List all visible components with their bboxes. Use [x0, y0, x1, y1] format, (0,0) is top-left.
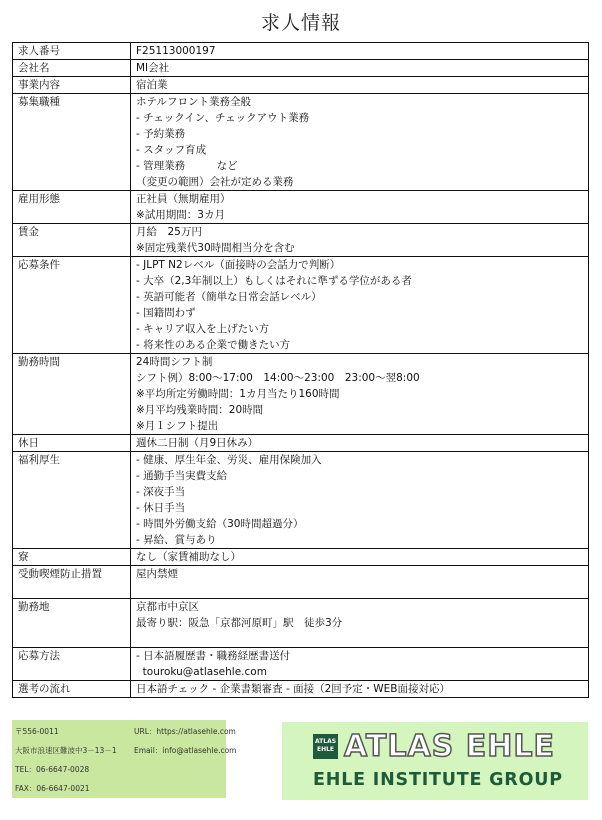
value-line: touroku@atlasehle.com — [136, 664, 583, 680]
table-row: 求人番号F25113000197 — [13, 43, 589, 60]
value-line: - 日本語履歴書・職務経歴書送付 — [136, 648, 583, 664]
value-line: - スタッフ育成 — [136, 142, 583, 158]
row-label: 求人番号 — [13, 43, 131, 60]
value-line: 正社員（無期雇用） — [136, 191, 583, 207]
atlas-ehle-logo: ATLAS EHLE ATLAS EHLE EHLE INSTITUTE GRO… — [282, 722, 588, 800]
value-line: 24時間シフト制 — [136, 354, 583, 370]
row-value: F25113000197 — [131, 43, 589, 60]
row-label: 福利厚生 — [13, 452, 131, 549]
row-label: 勤務地 — [13, 599, 131, 648]
value-line: 宿泊業 — [136, 77, 583, 93]
table-row: 福利厚生- 健康、厚生年金、労災、雇用保険加入- 通勤手当実費支給- 深夜手当-… — [13, 452, 589, 549]
row-label: 会社名 — [13, 60, 131, 77]
table-row: 休日週休二日制（月9日休み） — [13, 435, 589, 452]
value-line: - キャリア収入を上げたい方 — [136, 321, 583, 337]
table-row: 事業内容宿泊業 — [13, 77, 589, 94]
value-line — [136, 631, 583, 647]
row-label: 募集職種 — [13, 94, 131, 191]
row-value: - 健康、厚生年金、労災、雇用保険加入- 通勤手当実費支給- 深夜手当- 休日手… — [131, 452, 589, 549]
value-line: - JLPT N2レベル（面接時の会話力で判断） — [136, 257, 583, 273]
value-line: - 昇給、賞与あり — [136, 532, 583, 548]
logo-mark-icon: ATLAS EHLE — [313, 734, 338, 759]
value-line: （変更の範囲）会社が定める業務 — [136, 174, 583, 190]
value-line: シフト例）8:00～17:00 14:00～23:00 23:00～翌8:00 — [136, 370, 583, 386]
table-row: 選考の流れ日本語チェック - 企業書類審査 - 面接（2回予定・WEB面接対応） — [13, 681, 589, 698]
value-line: 京都市中京区 — [136, 599, 583, 615]
value-line: - 時間外労働支給（30時間超過分） — [136, 516, 583, 532]
logo-group-name: EHLE INSTITUTE GROUP — [313, 768, 563, 792]
table-row: 勤務時間24時間シフト制シフト例）8:00～17:00 14:00～23:00 … — [13, 354, 589, 435]
url-link[interactable]: URL：https://atlasehle.com — [134, 726, 236, 745]
table-row: 受動喫煙防止措置屋内禁煙 — [13, 566, 589, 599]
row-label: 受動喫煙防止措置 — [13, 566, 131, 599]
value-line — [136, 582, 583, 598]
table-row: 寮なし（家賃補助なし） — [13, 549, 589, 566]
value-line: - 深夜手当 — [136, 484, 583, 500]
value-line: ※月平均残業時間：20時間 — [136, 402, 583, 418]
value-line: - 通勤手当実費支給 — [136, 468, 583, 484]
value-line: 屋内禁煙 — [136, 566, 583, 582]
row-value: - 日本語履歴書・職務経歴書送付 touroku@atlasehle.com — [131, 648, 589, 681]
value-line: - 将来性のある企業で働きたい方 — [136, 337, 583, 353]
row-label: 応募条件 — [13, 257, 131, 354]
logo-mark-line2: EHLE — [317, 746, 334, 753]
row-value: 正社員（無期雇用）※試用期間：3カ月 — [131, 191, 589, 224]
value-line: なし（家賃補助なし） — [136, 549, 583, 565]
job-info-table: 求人番号F25113000197会社名MI会社事業内容宿泊業募集職種ホテルフロン… — [12, 42, 589, 648]
value-line: ホテルフロント業務全般 — [136, 94, 583, 110]
row-value: ホテルフロント業務全般- チェックイン、チェックアウト業務- 予約業務- スタッ… — [131, 94, 589, 191]
row-label: 事業内容 — [13, 77, 131, 94]
table-row: 募集職種ホテルフロント業務全般- チェックイン、チェックアウト業務- 予約業務-… — [13, 94, 589, 191]
row-value: なし（家賃補助なし） — [131, 549, 589, 566]
table-row: 応募方法- 日本語履歴書・職務経歴書送付 touroku@atlasehle.c… — [13, 648, 589, 681]
table-row: 会社名MI会社 — [13, 60, 589, 77]
value-line: - 休日手当 — [136, 500, 583, 516]
row-label: 賃金 — [13, 224, 131, 257]
row-value: 京都市中京区最寄り駅：阪急「京都河原町」駅 徒歩3分 — [131, 599, 589, 648]
value-line: 月給 25万円 — [136, 224, 583, 240]
table-row: 勤務地京都市中京区最寄り駅：阪急「京都河原町」駅 徒歩3分 — [13, 599, 589, 648]
value-line: ※固定残業代30時間相当分を含む — [136, 240, 583, 256]
value-line: - チェックイン、チェックアウト業務 — [136, 110, 583, 126]
value-line: - 大卒（2,3年制以上）もしくはそれに準ずる学位がある者 — [136, 273, 583, 289]
row-label: 勤務時間 — [13, 354, 131, 435]
value-line: F25113000197 — [136, 43, 583, 59]
row-value: 週休二日制（月9日休み） — [131, 435, 589, 452]
tel: TEL：06-6647-0028 — [15, 764, 117, 783]
row-value: 宿泊業 — [131, 77, 589, 94]
value-line: - 予約業務 — [136, 126, 583, 142]
contact-info-box: 〒556-0011 大阪市浪速区難波中3－13－1 TEL：06-6647-00… — [12, 720, 226, 798]
value-line: MI会社 — [136, 60, 583, 76]
value-line: - 健康、厚生年金、労災、雇用保険加入 — [136, 452, 583, 468]
value-line: ※試用期間：3カ月 — [136, 207, 583, 223]
postal-code: 〒556-0011 — [15, 726, 117, 745]
row-label: 雇用形態 — [13, 191, 131, 224]
value-line: 最寄り駅：阪急「京都河原町」駅 徒歩3分 — [136, 615, 583, 631]
value-line: ※月１シフト提出 — [136, 418, 583, 434]
value-line: - 管理業務 など — [136, 158, 583, 174]
value-line: - 国籍問わず — [136, 305, 583, 321]
address: 大阪市浪速区難波中3－13－1 — [15, 745, 117, 764]
value-line: ※平均所定労働時間：1カ月当たり160時間 — [136, 386, 583, 402]
row-label: 休日 — [13, 435, 131, 452]
row-value: 屋内禁煙 — [131, 566, 589, 599]
page-title: 求人情報 — [0, 8, 602, 35]
email-link[interactable]: Email：info@atlasehle.com — [134, 745, 236, 764]
table-row: 応募条件- JLPT N2レベル（面接時の会話力で判断）- 大卒（2,3年制以上… — [13, 257, 589, 354]
value-line: 日本語チェック - 企業書類審査 - 面接（2回予定・WEB面接対応） — [136, 681, 583, 697]
row-value: MI会社 — [131, 60, 589, 77]
row-value: 月給 25万円※固定残業代30時間相当分を含む — [131, 224, 589, 257]
table-row: 雇用形態正社員（無期雇用）※試用期間：3カ月 — [13, 191, 589, 224]
row-value: 24時間シフト制シフト例）8:00～17:00 14:00～23:00 23:0… — [131, 354, 589, 435]
row-label: 寮 — [13, 549, 131, 566]
row-label: 選考の流れ — [13, 681, 131, 698]
value-line: - 英語可能者（簡単な日常会話レベル） — [136, 289, 583, 305]
value-line: 週休二日制（月9日休み） — [136, 435, 583, 451]
row-label: 応募方法 — [13, 648, 131, 681]
table-row: 賃金月給 25万円※固定残業代30時間相当分を含む — [13, 224, 589, 257]
application-table: 応募方法- 日本語履歴書・職務経歴書送付 touroku@atlasehle.c… — [12, 647, 589, 698]
row-value: 日本語チェック - 企業書類審査 - 面接（2回予定・WEB面接対応） — [131, 681, 589, 698]
logo-mark-line1: ATLAS — [315, 738, 336, 745]
logo-wordmark: ATLAS EHLE — [344, 730, 555, 764]
row-value: - JLPT N2レベル（面接時の会話力で判断）- 大卒（2,3年制以上）もしく… — [131, 257, 589, 354]
fax: FAX：06-6647-0021 — [15, 783, 117, 802]
